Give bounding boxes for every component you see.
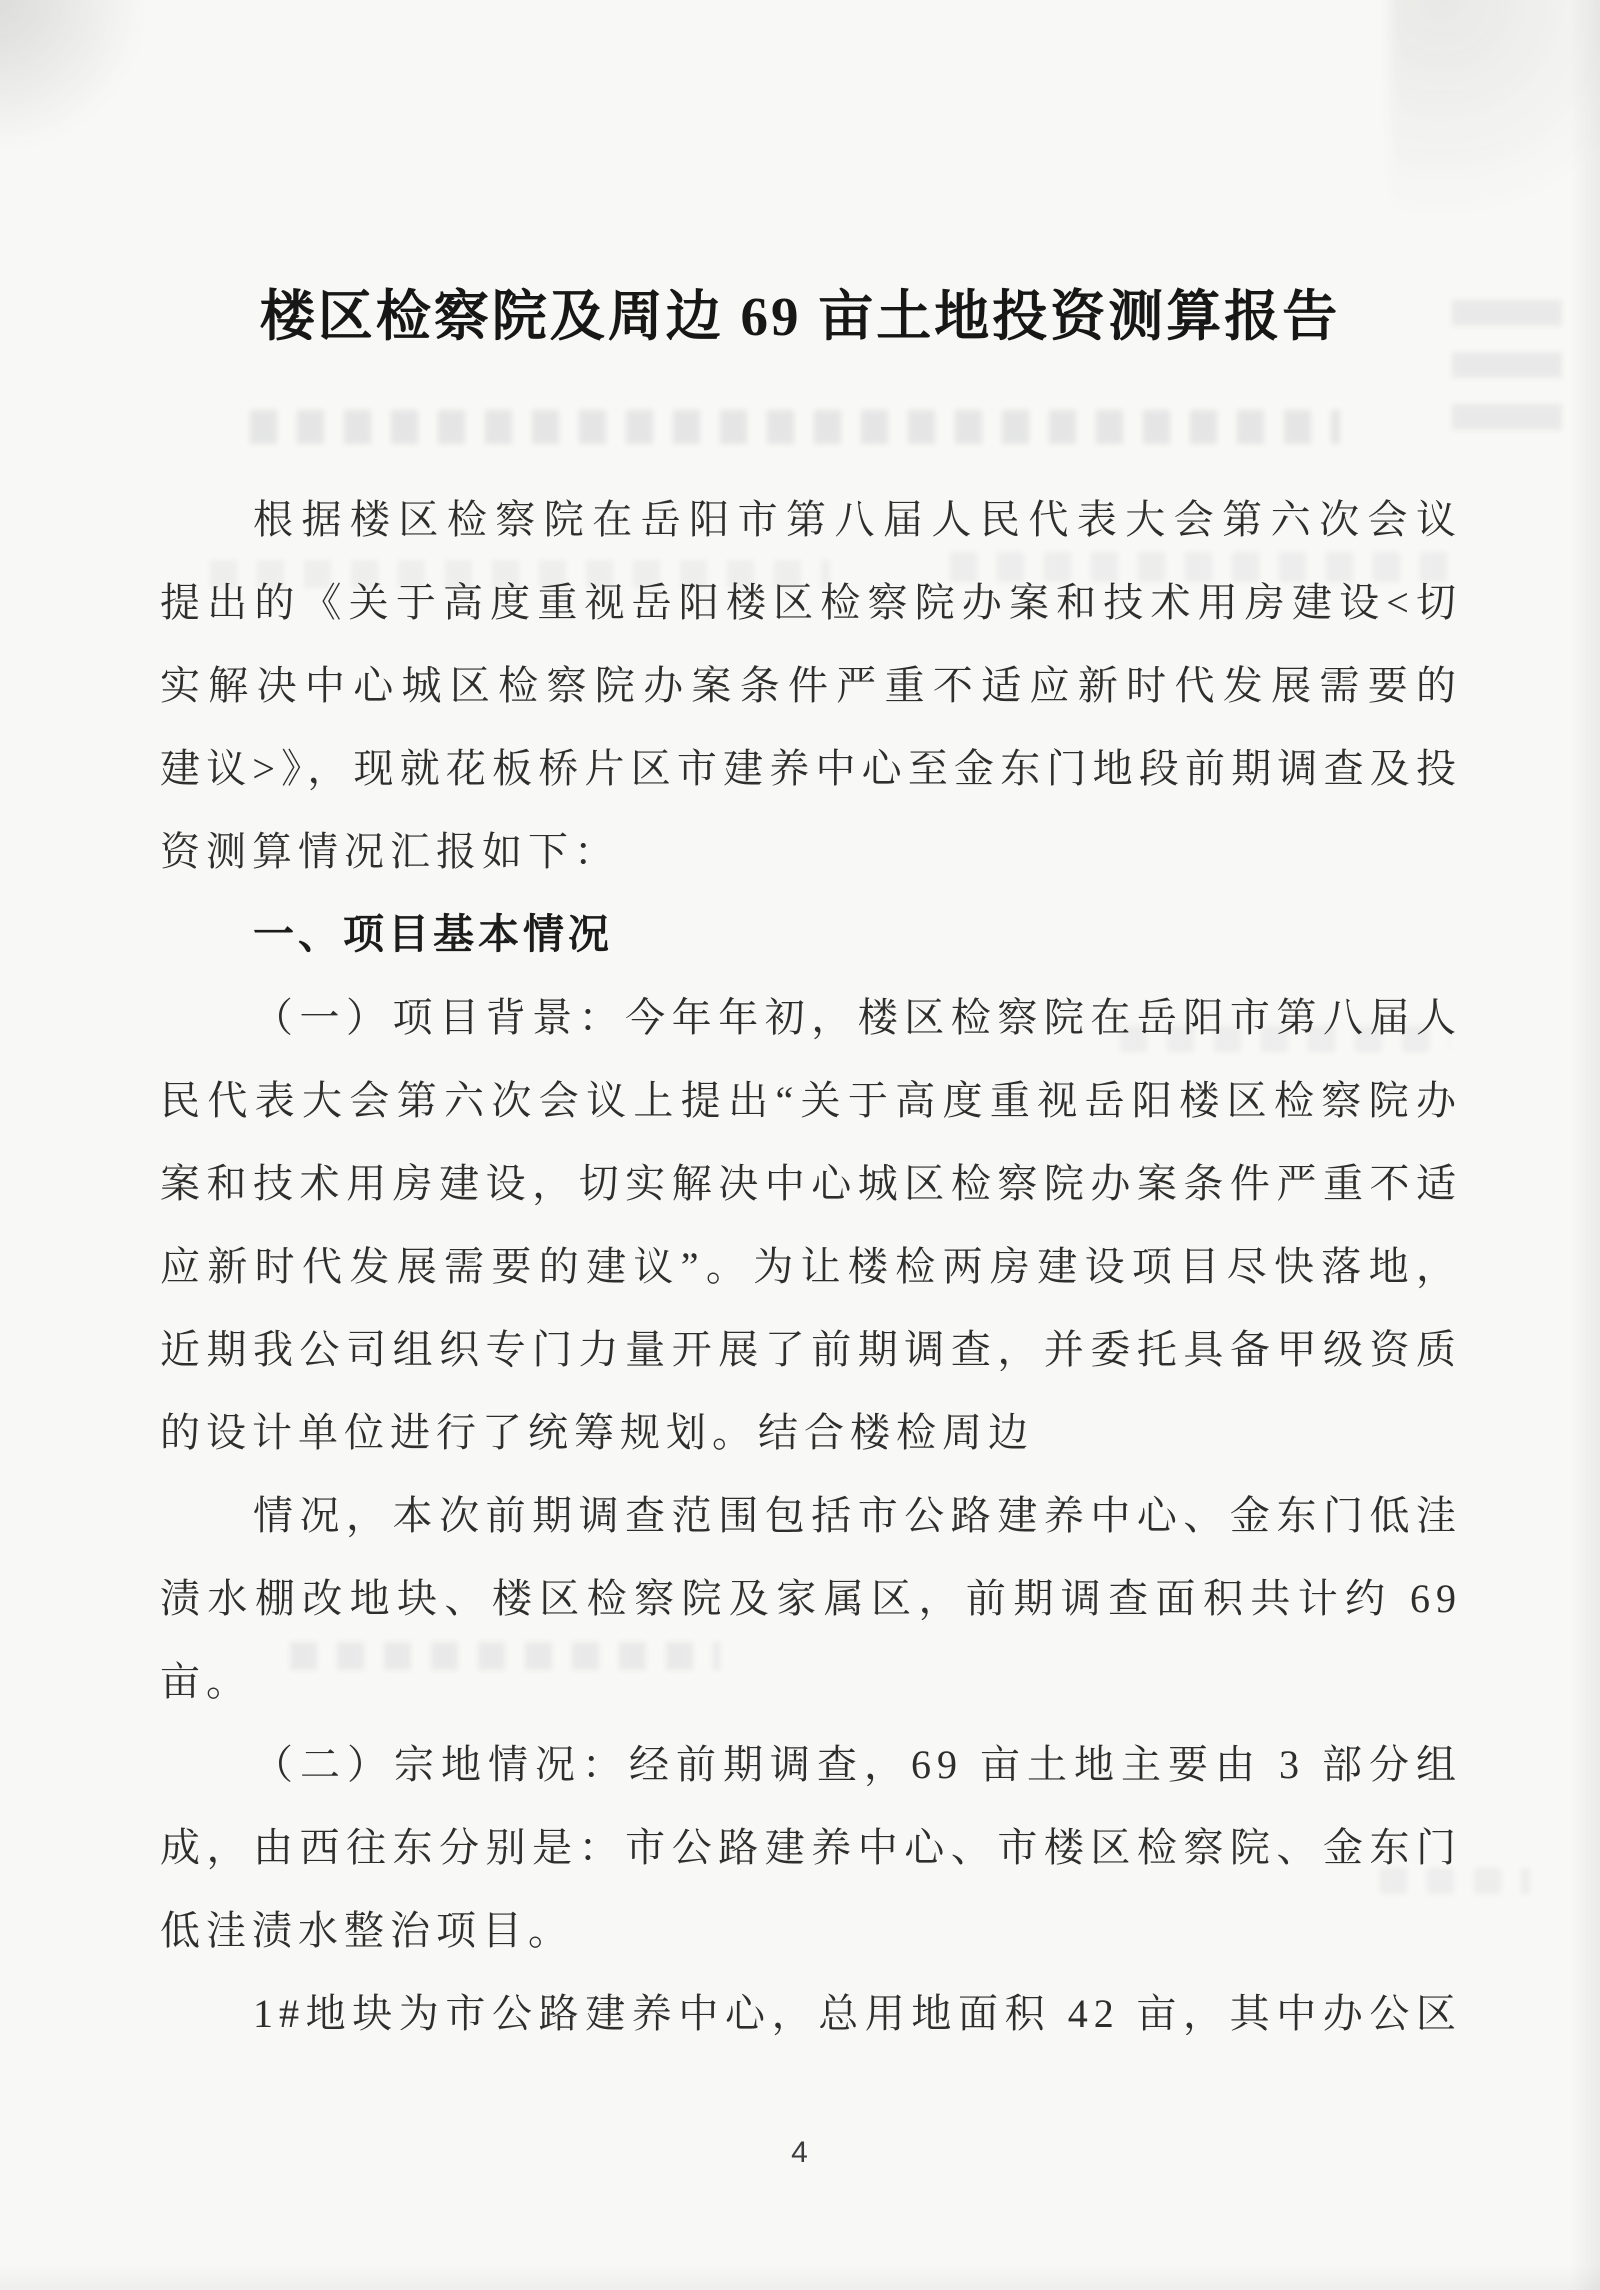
paragraph-line: 资测算情况汇报如下： [160,810,1462,893]
paragraph-line: 根据楼区检察院在岳阳市第八届人民代表大会第六次会议 [160,478,1462,561]
bleed-through-artifact [250,410,1340,444]
paragraph-line: 建议>》，现就花板桥片区市建养中心至金东门地段前期调查及投 [160,727,1462,810]
paragraph-line: 情况，本次前期调查范围包括市公路建养中心、金东门低洼 [160,1474,1462,1557]
paragraph-line: 成，由西往东分别是：市公路建养中心、市楼区检察院、金东门 [160,1806,1462,1889]
paragraph-line: 案和技术用房建设，切实解决中心城区检察院办案条件严重不适 [160,1142,1462,1225]
page-number: 4 [0,2136,1600,2170]
scan-shadow-top-right [1390,0,1600,240]
scanned-document-page: 楼区检察院及周边 69 亩土地投资测算报告 根据楼区检察院在岳阳市第八届人民代表… [0,0,1600,2290]
document-body: 根据楼区检察院在岳阳市第八届人民代表大会第六次会议 提出的《关于高度重视岳阳楼区… [160,478,1462,2055]
paragraph-line: 低洼渍水整治项目。 [160,1889,1462,1972]
paragraph-line: 近期我公司组织专门力量开展了前期调查，并委托具备甲级资质 [160,1308,1462,1391]
paragraph-line: （一）项目背景：今年年初，楼区检察院在岳阳市第八届人 [160,976,1462,1059]
paragraph-line: 1#地块为市公路建养中心，总用地面积 42 亩，其中办公区 [160,1972,1462,2055]
paragraph-line: 民代表大会第六次会议上提出“关于高度重视岳阳楼区检察院办 [160,1059,1462,1142]
paragraph-line: 应新时代发展需要的建议”。为让楼检两房建设项目尽快落地， [160,1225,1462,1308]
document-title: 楼区检察院及周边 69 亩土地投资测算报告 [0,272,1600,351]
paragraph-line: 的设计单位进行了统筹规划。结合楼检周边 [160,1391,1462,1474]
scan-shadow-top-left [0,0,140,160]
paragraph-line: 实解决中心城区检察院办案条件严重不适应新时代发展需要的 [160,644,1462,727]
section-heading: 一、项目基本情况 [160,893,1462,976]
paragraph-line: （二）宗地情况：经前期调查，69 亩土地主要由 3 部分组 [160,1723,1462,1806]
scan-edge-shadow-bottom [0,2264,1600,2290]
paragraph-line: 提出的《关于高度重视岳阳楼区检察院办案和技术用房建设<切 [160,561,1462,644]
paragraph-line: 渍水棚改地块、楼区检察院及家属区，前期调查面积共计约 69 [160,1557,1462,1640]
paragraph-line: 亩。 [160,1640,1462,1723]
